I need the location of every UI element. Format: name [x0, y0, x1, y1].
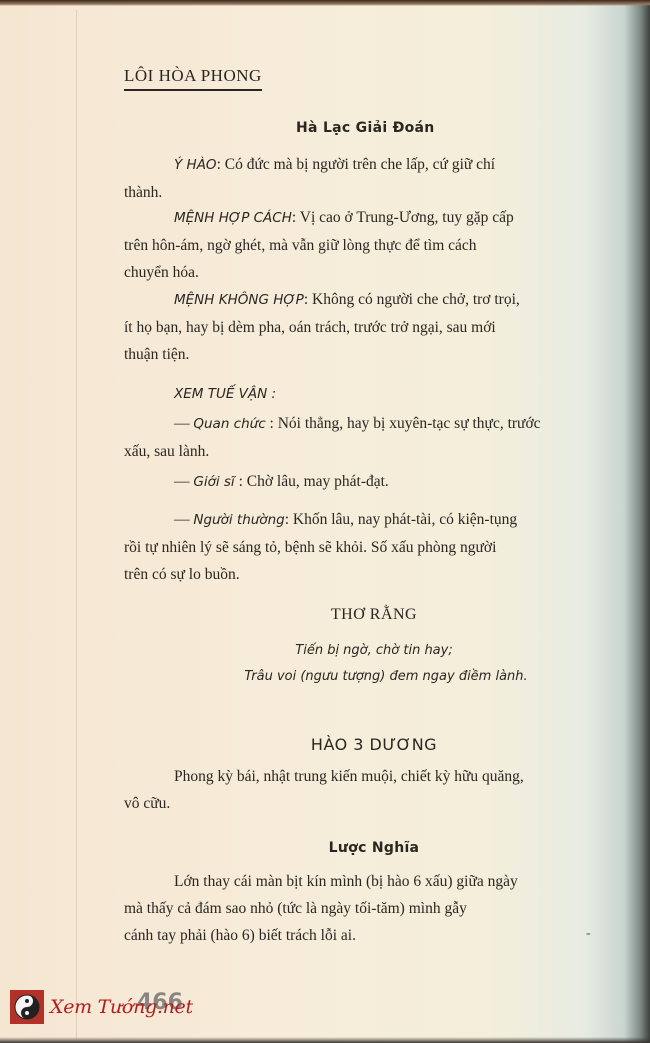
- tue-van-item-quan-chuc: — Quan chức : Nói thẳng, hay bị xuyên-tạ…: [124, 410, 624, 465]
- page-bottom-edge: [0, 1037, 650, 1043]
- watermark: Xem Tướng.net: [10, 990, 193, 1024]
- label-menh-hop-cach: MỆNH HỢP CÁCH: [174, 210, 292, 226]
- tue-van-item-nguoi-thuong: — Người thường: Khốn lâu, nay phát-tài, …: [124, 506, 624, 588]
- poem-title: THƠ RẰNG: [124, 606, 624, 624]
- print-mark: -: [586, 926, 591, 942]
- label-y-hao: Ý HÀO: [174, 157, 217, 173]
- yin-yang-icon: [10, 990, 44, 1024]
- tue-van-item-gioi-si: — Giới sĩ : Chờ lâu, may phát-đạt.: [124, 468, 624, 496]
- page-top-edge: [0, 0, 650, 6]
- paragraph-luoc-nghia: Lớn thay cái màn bịt kín mình (bị hào 6 …: [124, 868, 624, 949]
- paragraph-menh-khong-hop: MỆNH KHÔNG HỢP: Không có người che chở, …: [124, 286, 624, 368]
- label-menh-khong-hop: MỆNH KHÔNG HỢP: [174, 292, 304, 308]
- scanned-book-page: LÔI HÒA PHONG Hà Lạc Giải Đoán Ý HÀO: Có…: [0, 0, 650, 1043]
- page-fold-line: [76, 10, 77, 1040]
- subsection-title-luoc-nghia: Lược Nghĩa: [124, 840, 624, 856]
- paragraph-y-hao: Ý HÀO: Có đức mà bị người trên che lấp, …: [124, 151, 624, 206]
- poem-line-1: Tiến bị ngờ, chờ tin hay;: [124, 640, 624, 662]
- paragraph-menh-hop-cach: MỆNH HỢP CÁCH: Vị cao ở Trung-Ương, tuy …: [124, 204, 624, 286]
- running-head: LÔI HÒA PHONG: [124, 66, 262, 91]
- paragraph-hao-3-text: Phong kỳ bái, nhật trung kiến muội, chiế…: [124, 763, 624, 817]
- watermark-text: Xem Tướng.net: [50, 996, 193, 1018]
- poem-line-2: Trâu voi (ngưu tượng) đem ngay điềm lành…: [136, 666, 636, 688]
- section-title-hao-3-duong: HÀO 3 DƯƠNG: [124, 735, 624, 754]
- heading-xem-tue-van: XEM TUẾ VẬN :: [124, 380, 624, 408]
- section-title-ha-lac: Hà Lạc Giải Đoán: [296, 120, 435, 136]
